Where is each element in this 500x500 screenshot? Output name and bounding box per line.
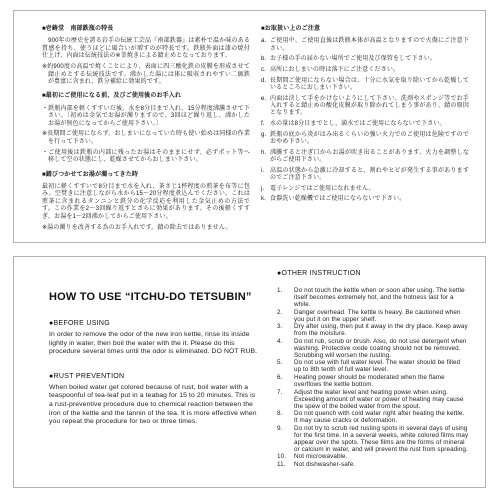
- list-item: f.水の量は8分目までとし、満水ではご使用にならないで下さい。: [261, 121, 469, 128]
- list-marker: 4.: [277, 338, 294, 359]
- cautions-list: a.ご使用中、ご使用直後は鉄瓶本体が高温となりますので火傷にご注意下さい。b.お…: [261, 38, 469, 203]
- section-heading: ■壱鋳堂 南部鉄瓶の特長: [42, 26, 250, 33]
- list-marker: 3.: [277, 323, 294, 337]
- cautions-heading: ■お取扱い上のご注意: [261, 26, 469, 33]
- page-title: HOW TO USE “ITCHU-DO TETSUBIN”: [49, 291, 261, 304]
- list-marker: 6.: [277, 374, 294, 388]
- paragraph: ※長期間ご使用にならず、おしまいになっていた時も使い始めは同様の作業を行って下さ…: [42, 131, 250, 146]
- list-text: Adjust the water level and heating power…: [294, 389, 469, 410]
- paragraph: 最初に軽くすすいで8分目まで水を入れ、茶さじ1杯程度の煎茶を布等に包み、空焚きに…: [42, 184, 250, 221]
- list-marker: 2.: [277, 309, 294, 323]
- list-item: 2.Danger overhead. The kettle is heavy. …: [277, 309, 469, 323]
- list-item: k.食器洗い乾燥機ではご使用にならないで下さい。: [261, 196, 469, 203]
- rust-prevention-heading: ●RUST PREVENTION: [49, 373, 261, 380]
- list-text: 水の量は8分目までとし、満水ではご使用にならないで下さい。: [270, 121, 469, 128]
- list-text: Do not rub, scrub or brush. Also, do not…: [294, 338, 469, 359]
- list-text: 高温の状態から急激に冷却すると、割れやヒビが発生する事がありますのでご注意下さい…: [270, 168, 469, 183]
- list-marker: k.: [261, 196, 270, 203]
- english-left-column: HOW TO USE “ITCHU-DO TETSUBIN” ●BEFORE U…: [49, 270, 261, 469]
- list-marker: g.: [261, 132, 270, 147]
- list-text: 高所におしまいの時は落下にご注意ください。: [270, 67, 469, 74]
- japanese-right-column: ■お取扱い上のご注意 a.ご使用中、ご使用直後は鉄瓶本体が高温となりますので火傷…: [261, 26, 469, 235]
- english-right-column: ●OTHER INSTRUCTION 1.Do not touch the ke…: [277, 270, 469, 469]
- list-item: a.ご使用中、ご使用直後は鉄瓶本体が高温となりますので火傷にご注意下さい。: [261, 38, 469, 53]
- list-item: 1.Do not touch the kettle when or soon a…: [277, 287, 469, 308]
- list-text: Do not try to scrub red rusting spots in…: [294, 425, 469, 453]
- list-item: 9.Do not try to scrub red rusting spots …: [277, 425, 469, 453]
- before-using-body: In order to remove the odor of the new i…: [49, 331, 261, 357]
- list-marker: b.: [261, 56, 270, 63]
- list-text: Heating power should be moderated when t…: [294, 374, 469, 388]
- list-marker: 9.: [277, 425, 294, 453]
- list-text: Not microwavable.: [294, 453, 469, 460]
- paragraph: ※湯の濁りを改善する為のお手入れです。錆の除去ではありません。: [42, 225, 250, 232]
- list-text: 食器洗い乾燥機ではご使用にならないで下さい。: [270, 196, 469, 203]
- list-marker: 10.: [277, 453, 294, 460]
- list-item: 11.Not dishwasher-safe.: [277, 461, 469, 468]
- list-item: d.長期間ご使用にならない場合は、十分に水気を取り除いてから乾燥しているところに…: [261, 78, 469, 93]
- list-text: 沸騰すると注ぎ口からお湯が吹き出ることがあります。火力を調整しながらご使用下さい…: [270, 150, 469, 165]
- list-text: 鉄瓶の底から炎がはみ出るくらいの強い火力でのご使用は危険ですのでおやめ下さい。: [270, 132, 469, 147]
- list-marker: c.: [261, 67, 270, 74]
- list-item: j.電子レンジではご使用になれません。: [261, 186, 469, 193]
- list-text: Dry after using, then put it away in the…: [294, 323, 469, 337]
- list-marker: a.: [261, 38, 270, 53]
- list-text: Do not touch the kettle when or soon aft…: [294, 287, 469, 308]
- english-instructions-panel: HOW TO USE “ITCHU-DO TETSUBIN” ●BEFORE U…: [13, 256, 486, 488]
- paragraph: 900年の歴史を誇る岩手の伝統工芸品『南部鉄器』は素朴で温か味のある質感を持ち、…: [42, 38, 250, 60]
- paragraph: ・ご使用後は鉄瓶の内部に残ったお湯はそのままにせず、必ずポット等へ移して空の状態…: [42, 150, 250, 165]
- list-item: 8.Do not quench with cold water right af…: [277, 410, 469, 424]
- list-marker: 5.: [277, 359, 294, 373]
- rust-prevention-section: ●RUST PREVENTION When boiled water get c…: [49, 373, 261, 427]
- list-text: 長期間ご使用にならない場合は、十分に水気を取り除いてから乾燥しているところにおし…: [270, 78, 469, 93]
- list-text: Do not use with full water level. The wa…: [294, 359, 469, 373]
- paragraph: ※約900度の高温で焼くことにより、表面に四三酸化鉄の皮膜を形成させて錆止めとす…: [42, 64, 250, 86]
- list-item: 7.Adjust the water level and heating pow…: [277, 389, 469, 410]
- list-text: 内面は決して手をかけないようにして下さい。洗剤やスポンジ等でお手入れすると錆止め…: [270, 96, 469, 118]
- list-text: お子様の手の届かない場所でご使用及び保管をして下さい。: [270, 56, 469, 63]
- list-item: 6.Heating power should be moderated when…: [277, 374, 469, 388]
- list-text: ご使用中、ご使用直後は鉄瓶本体が高温となりますので火傷にご注意下さい。: [270, 38, 469, 53]
- list-item: h.沸騰すると注ぎ口からお湯が吹き出ることがあります。火力を調整しながらご使用下…: [261, 150, 469, 165]
- section-heading: ■錆びつかせてお湯が濁ってきた時: [42, 172, 250, 179]
- list-marker: e.: [261, 96, 270, 118]
- list-item: i.高温の状態から急激に冷却すると、割れやヒビが発生する事がありますのでご注意下…: [261, 168, 469, 183]
- rust-prevention-body: When boiled water get colored because of…: [49, 384, 261, 427]
- english-columns: HOW TO USE “ITCHU-DO TETSUBIN” ●BEFORE U…: [14, 257, 485, 469]
- list-marker: 11.: [277, 461, 294, 468]
- other-instruction-list: 1.Do not touch the kettle when or soon a…: [277, 287, 469, 468]
- list-item: g.鉄瓶の底から炎がはみ出るくらいの強い火力でのご使用は危険ですのでおやめ下さい…: [261, 132, 469, 147]
- list-marker: i.: [261, 168, 270, 183]
- other-instruction-heading: ●OTHER INSTRUCTION: [277, 270, 469, 277]
- list-item: 3.Dry after using, then put it away in t…: [277, 323, 469, 337]
- before-using-heading: ●BEFORE USING: [49, 320, 261, 327]
- list-marker: f.: [261, 121, 270, 128]
- list-text: Danger overhead. The kettle is heavy. Be…: [294, 309, 469, 323]
- japanese-left-column: ■壱鋳堂 南部鉄瓶の特長 900年の歴史を誇る岩手の伝統工芸品『南部鉄器』は素朴…: [42, 26, 250, 235]
- list-item: 4.Do not rub, scrub or brush. Also, do n…: [277, 338, 469, 359]
- japanese-instructions-panel: ■壱鋳堂 南部鉄瓶の特長 900年の歴史を誇る岩手の伝統工芸品『南部鉄器』は素朴…: [13, 10, 486, 243]
- japanese-columns: ■壱鋳堂 南部鉄瓶の特長 900年の歴史を誇る岩手の伝統工芸品『南部鉄器』は素朴…: [14, 11, 485, 235]
- list-marker: d.: [261, 78, 270, 93]
- list-item: c.高所におしまいの時は落下にご注意ください。: [261, 67, 469, 74]
- list-marker: 8.: [277, 410, 294, 424]
- list-item: e.内面は決して手をかけないようにして下さい。洗剤やスポンジ等でお手入れすると錆…: [261, 96, 469, 118]
- list-marker: h.: [261, 150, 270, 165]
- list-marker: 7.: [277, 389, 294, 410]
- list-item: 10.Not microwavable.: [277, 453, 469, 460]
- list-text: Do not quench with cold water right afte…: [294, 410, 469, 424]
- list-item: b.お子様の手の届かない場所でご使用及び保管をして下さい。: [261, 56, 469, 63]
- list-marker: 1.: [277, 287, 294, 308]
- section-heading: ■最初にご使用になる前、及びご使用後のお手入れ: [42, 93, 250, 100]
- list-item: 5.Do not use with full water level. The …: [277, 359, 469, 373]
- list-text: Not dishwasher-safe.: [294, 461, 469, 468]
- list-text: 電子レンジではご使用になれません。: [270, 186, 469, 193]
- paragraph: ・鉄瓶内部を軽くすすいだ後、水を8分目まで入れ、15分程度沸騰させて下さい。〔初…: [42, 106, 250, 128]
- before-using-section: ●BEFORE USING In order to remove the odo…: [49, 320, 261, 357]
- list-marker: j.: [261, 186, 270, 193]
